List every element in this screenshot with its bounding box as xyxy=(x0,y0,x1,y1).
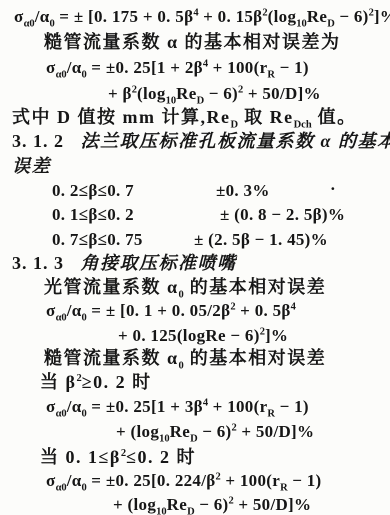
text-segment: Re xyxy=(176,84,196,103)
text-segment: ≤0. 2 时 xyxy=(126,447,196,467)
document-page: σα0/α0 = ± [0. 175 + 0. 5β4 + 0. 15β2(lo… xyxy=(0,0,390,515)
text-segment: σ xyxy=(46,58,56,77)
text-segment: /α xyxy=(67,58,82,77)
text-segment: + β xyxy=(108,84,132,103)
formula-smooth-orifice-error: σα0/α0 = ± [0. 175 + 0. 5β4 + 0. 15β2(lo… xyxy=(14,6,390,28)
text-segment: D xyxy=(190,433,198,444)
text-segment: + 0. 15β xyxy=(199,7,263,26)
text-segment: 3. 1. 3 xyxy=(12,253,81,273)
text-segment: α0 xyxy=(56,312,67,323)
beta-range-1: 0. 2≤β≤0. 7 xyxy=(52,180,134,202)
text-segment: + 50/D]% xyxy=(237,422,315,441)
text-segment: D xyxy=(230,120,238,131)
text-segment: 10 xyxy=(159,433,170,444)
text-segment: 0. 7≤β≤0. 75 xyxy=(52,230,143,249)
text-segment: + (log xyxy=(113,495,156,514)
text-segment: (log xyxy=(268,7,297,26)
smooth-pipe-alpha0-intro: 光管流量系数 α0 的基本相对误差 xyxy=(44,276,326,298)
text-segment: ± (0. 8 − 2. 5β)% xyxy=(220,205,345,224)
text-segment: Dch xyxy=(294,120,312,131)
text-segment: + 100(r xyxy=(221,471,280,490)
heading-3-1-2-cont: 误差 xyxy=(12,155,51,177)
beta-error-2: ± (0. 8 − 2. 5β)% xyxy=(220,204,345,226)
text-segment: 10 xyxy=(166,95,177,106)
text-segment: − 1) xyxy=(288,471,322,490)
text-segment: − 1) xyxy=(275,397,309,416)
text-segment: = ±0. 25[1 + 2β xyxy=(87,58,203,77)
text-segment: D xyxy=(187,506,195,515)
text-segment: Re xyxy=(167,495,187,514)
text-segment: 当 β xyxy=(40,372,76,392)
text-segment: 光管流量系数 α xyxy=(44,277,179,297)
text-segment: + 100(r xyxy=(208,397,267,416)
text-segment: 4 xyxy=(291,301,296,312)
condition-beta-sq-range: 当 0. 1≤β2≤0. 2 时 xyxy=(40,446,196,468)
text-segment: 误差 xyxy=(12,156,51,176)
beta-range-3: 0. 7≤β≤0. 75 xyxy=(52,229,143,251)
heading-3-1-2: 3. 1. 2 法兰取压标准孔板流量系数 α 的基本相对 xyxy=(12,130,390,152)
formula-nozzle-rough1-line1: σα0/α0 = ±0. 25[1 + 3β4 + 100(rR − 1) xyxy=(46,396,309,418)
text-segment: /α xyxy=(67,471,82,490)
text-segment: 糙管流量系数 α xyxy=(44,348,179,368)
text-segment: (log xyxy=(137,84,166,103)
text-segment: α0 xyxy=(56,482,67,493)
text-segment: + 50/D]% xyxy=(234,495,312,514)
text-segment: 法兰取压标准孔板流量系数 α 的基本相对 xyxy=(81,131,390,151)
text-segment: 10 xyxy=(296,18,307,29)
text-segment: σ xyxy=(14,7,24,26)
text-segment: 3. 1. 2 xyxy=(12,131,81,151)
text-segment: 的基本相对误差 xyxy=(184,277,327,297)
heading-3-1-3: 3. 1. 3 角接取压标准喷嘴 xyxy=(12,252,237,274)
text-segment: − 6) xyxy=(195,495,229,514)
text-segment: 0. 2≤β≤0. 7 xyxy=(52,181,134,200)
text-segment: R xyxy=(267,69,275,80)
text-segment: ± (2. 5β − 1. 45)% xyxy=(194,230,328,249)
text-segment: 值。 xyxy=(312,107,357,127)
text-segment: 0. 1≤β≤0. 2 xyxy=(52,205,134,224)
text-segment: /α xyxy=(67,301,82,320)
text-segment: R xyxy=(280,482,288,493)
beta-error-3: ± (2. 5β − 1. 45)% xyxy=(194,229,328,251)
text-segment: α0 xyxy=(56,408,67,419)
text-segment: − 6) xyxy=(335,7,369,26)
text-segment: σ xyxy=(46,397,56,416)
text-segment: · xyxy=(330,179,336,198)
text-segment: = ± [0. 175 + 0. 5β xyxy=(55,7,194,26)
text-segment: α0 xyxy=(24,18,35,29)
text-segment: ≥0. 2 时 xyxy=(82,372,152,392)
text-segment: 的基本相对误差 xyxy=(184,348,327,368)
text-segment: ]% xyxy=(265,326,288,345)
beta-range-2: 0. 1≤β≤0. 2 xyxy=(52,204,134,226)
text-segment: /α xyxy=(35,7,50,26)
text-segment: /α xyxy=(67,397,82,416)
stray-dot: · xyxy=(330,178,336,200)
formula-nozzle-rough2-line2: + (log10ReD − 6)2 + 50/D]% xyxy=(113,494,311,515)
text-segment: σ xyxy=(46,471,56,490)
text-segment: + 100(r xyxy=(208,58,267,77)
rough-pipe-alpha-intro: 糙管流量系数 α 的基本相对误差为 xyxy=(44,31,341,53)
text-segment: − 6) xyxy=(204,84,238,103)
formula-nozzle-rough1-line2: + (log10ReD − 6)2 + 50/D]% xyxy=(116,421,314,443)
text-segment: = ±0. 25[0. 224/β xyxy=(87,471,216,490)
text-segment: = ± [0. 1 + 0. 05/2β xyxy=(87,301,231,320)
text-segment: 式中 D 值按 mm 计算,Re xyxy=(12,107,230,127)
text-segment: − 1) xyxy=(275,58,309,77)
text-segment: Re xyxy=(170,422,190,441)
rough-pipe-alpha0-intro: 糙管流量系数 α0 的基本相对误差 xyxy=(44,347,326,369)
text-segment: α0 xyxy=(56,69,67,80)
text-segment: + (log xyxy=(116,422,159,441)
note-d-value: 式中 D 值按 mm 计算,ReD 取 ReDch 值。 xyxy=(12,106,357,128)
text-segment: 10 xyxy=(156,506,167,515)
text-segment: 当 0. 1≤β xyxy=(40,447,121,467)
text-segment: − 6) xyxy=(198,422,232,441)
beta-error-1: ±0. 3% xyxy=(216,180,270,202)
text-segment: + 50/D]% xyxy=(243,84,321,103)
text-segment: 糙管流量系数 α 的基本相对误差为 xyxy=(44,32,341,52)
text-segment: ]% xyxy=(374,7,390,26)
text-segment: R xyxy=(267,408,275,419)
text-segment: σ xyxy=(46,301,56,320)
formula-nozzle-rough2-line1: σα0/α0 = ±0. 25[0. 224/β2 + 100(rR − 1) xyxy=(46,470,322,492)
text-segment: ±0. 3% xyxy=(216,181,270,200)
formula-rough-orifice-error-line1: σα0/α0 = ±0. 25[1 + 2β4 + 100(rR − 1) xyxy=(46,57,309,79)
formula-rough-orifice-error-line2: + β2(log10ReD − 6)2 + 50/D]% xyxy=(108,83,321,105)
text-segment: Re xyxy=(307,7,327,26)
formula-nozzle-smooth-line1: σα0/α0 = ± [0. 1 + 0. 05/2β2 + 0. 5β4 xyxy=(46,300,296,322)
text-segment: + 0. 5β xyxy=(236,301,291,320)
text-segment: 取 Re xyxy=(238,107,294,127)
text-segment: = ±0. 25[1 + 3β xyxy=(87,397,203,416)
text-segment: 角接取压标准喷嘴 xyxy=(81,253,237,273)
formula-nozzle-smooth-line2: + 0. 125(logRe − 6)2]% xyxy=(118,325,288,347)
condition-beta-sq-ge: 当 β2≥0. 2 时 xyxy=(40,371,152,393)
text-segment: + 0. 125(logRe − 6) xyxy=(118,326,260,345)
text-segment: D xyxy=(327,18,335,29)
